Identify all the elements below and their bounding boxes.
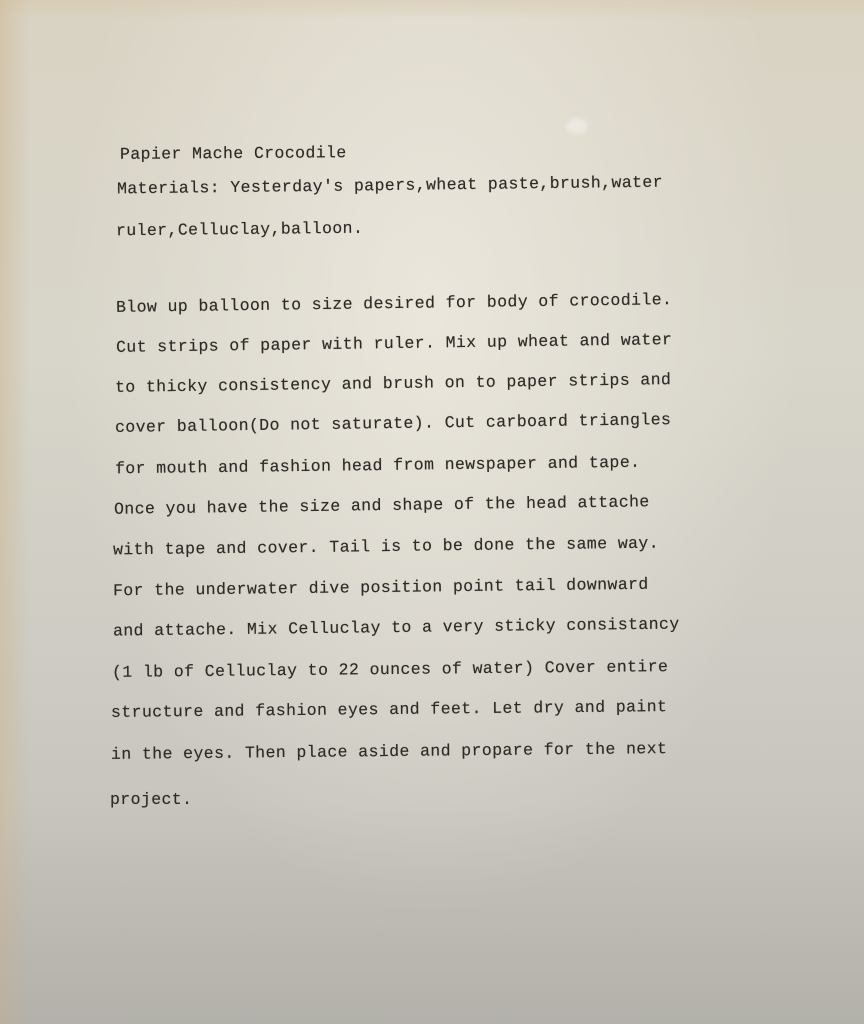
materials-line-2: ruler,Celluclay,balloon. xyxy=(116,219,363,241)
body-line: structure and fashion eyes and feet. Let… xyxy=(111,697,667,722)
body-line: to thicky consistency and brush on to pa… xyxy=(115,370,672,397)
document-text: Papier Mache Crocodile Materials: Yester… xyxy=(0,0,864,1024)
body-line: with tape and cover. Tail is to be done … xyxy=(113,534,659,560)
body-line: Blow up balloon to size desired for body… xyxy=(116,290,673,317)
typed-paper-page: Papier Mache Crocodile Materials: Yester… xyxy=(0,0,864,1024)
body-line: Cut strips of paper with ruler. Mix up w… xyxy=(116,330,673,357)
body-line: in the eyes. Then place aside and propar… xyxy=(111,739,667,764)
materials-line-1: Materials: Yesterday's papers,wheat past… xyxy=(117,173,663,199)
body-line: and attache. Mix Celluclay to a very sti… xyxy=(113,615,680,641)
body-line: project. xyxy=(110,790,192,809)
body-line: For the underwater dive position point t… xyxy=(113,575,649,601)
body-line: Once you have the size and shape of the … xyxy=(114,492,650,518)
body-line: (1 lb of Celluclay to 22 ounces of water… xyxy=(112,657,668,682)
body-line: for mouth and fashion head from newspape… xyxy=(115,453,641,478)
body-line: cover balloon(Do not saturate). Cut carb… xyxy=(115,410,672,437)
document-title: Papier Mache Crocodile xyxy=(120,143,347,164)
